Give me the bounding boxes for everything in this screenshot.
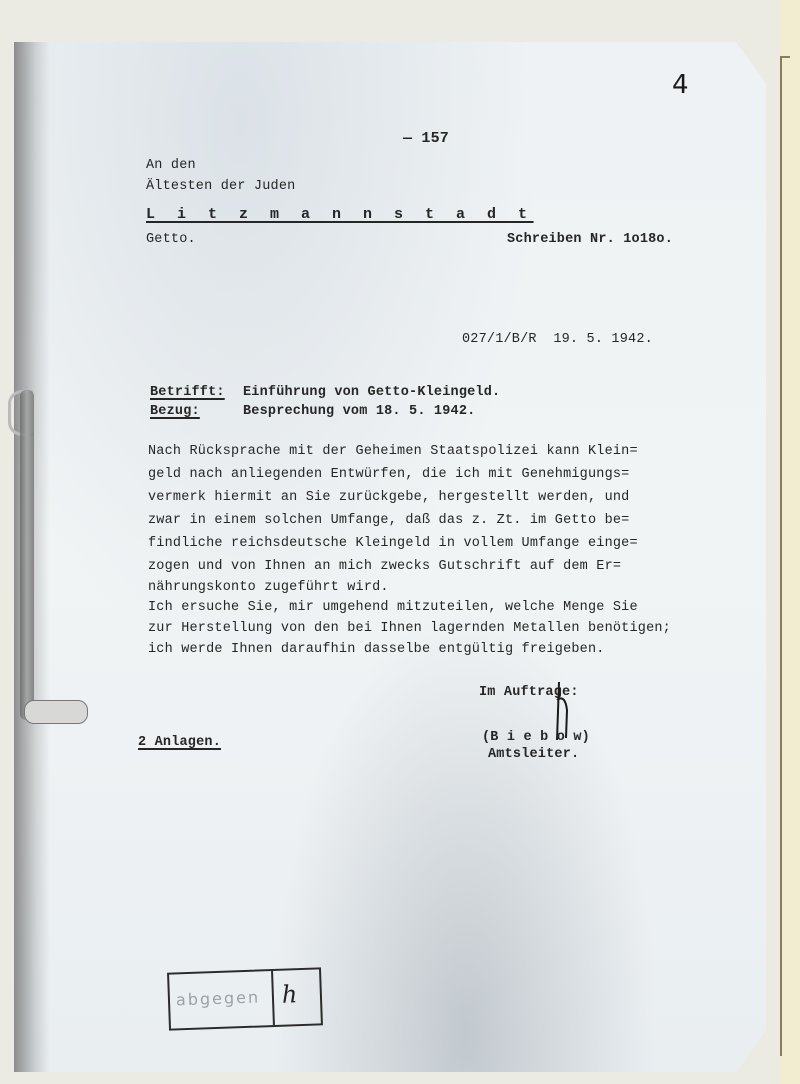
body-line: Nach Rücksprache mit der Geheimen Staats… bbox=[148, 444, 638, 459]
binding-string-knot bbox=[24, 700, 88, 724]
enclosures: 2 Anlagen. bbox=[138, 735, 221, 750]
background-folder-edge bbox=[780, 0, 800, 1084]
reference-text: Besprechung vom 18. 5. 1942. bbox=[243, 404, 475, 419]
folder-border bbox=[780, 56, 782, 1056]
recipient-line-4: Getto. bbox=[146, 232, 196, 247]
body-line: ich werde Ihnen daraufhin dasselbe entgü… bbox=[148, 642, 605, 657]
body-line: zwar in einem solchen Umfange, daß das z… bbox=[148, 513, 629, 528]
recipient-line-1: An den bbox=[146, 158, 196, 173]
body-line: vermerk hiermit an Sie zurückgebe, herge… bbox=[148, 490, 629, 505]
stamp-divider bbox=[271, 971, 275, 1025]
binding-string bbox=[20, 390, 34, 720]
signatory-title: Amtsleiter. bbox=[488, 747, 579, 762]
body-line: geld nach anliegenden Entwürfen, die ich… bbox=[148, 467, 629, 482]
recipient-city: L i t z m a n n s t a d t bbox=[146, 206, 534, 223]
subject-label: Betrifft: bbox=[150, 385, 225, 400]
stamp-initial: h bbox=[281, 980, 297, 1009]
body-line: findliche reichsdeutsche Kleingeld in vo… bbox=[148, 536, 638, 551]
handwritten-page-mark: 4 bbox=[672, 70, 689, 100]
page-number: — 157 bbox=[403, 130, 449, 147]
reference-and-date: 027/1/B/R 19. 5. 1942. bbox=[462, 332, 653, 347]
folder-border-tab bbox=[782, 56, 790, 58]
document-sheet bbox=[14, 42, 766, 1072]
body-line: Ich ersuche Sie, mir umgehend mitzuteile… bbox=[148, 600, 638, 615]
subject-text: Einführung von Getto-Kleingeld. bbox=[243, 385, 500, 400]
stamp-text: abgegen bbox=[176, 987, 261, 1009]
body-line: zogen und von Ihnen an mich zwecks Gutsc… bbox=[148, 559, 621, 574]
recipient-line-2: Ältesten der Juden bbox=[146, 179, 295, 194]
signatory-name: (B i e b o w) bbox=[482, 730, 590, 745]
body-line: zur Herstellung von den bei Ihnen lagern… bbox=[148, 621, 671, 636]
reference-label: Bezug: bbox=[150, 404, 200, 419]
filing-stamp: abgegen h bbox=[167, 967, 323, 1030]
body-line: nährungskonto zugeführt wird. bbox=[148, 580, 389, 595]
letter-number: Schreiben Nr. 1o18o. bbox=[507, 232, 673, 247]
